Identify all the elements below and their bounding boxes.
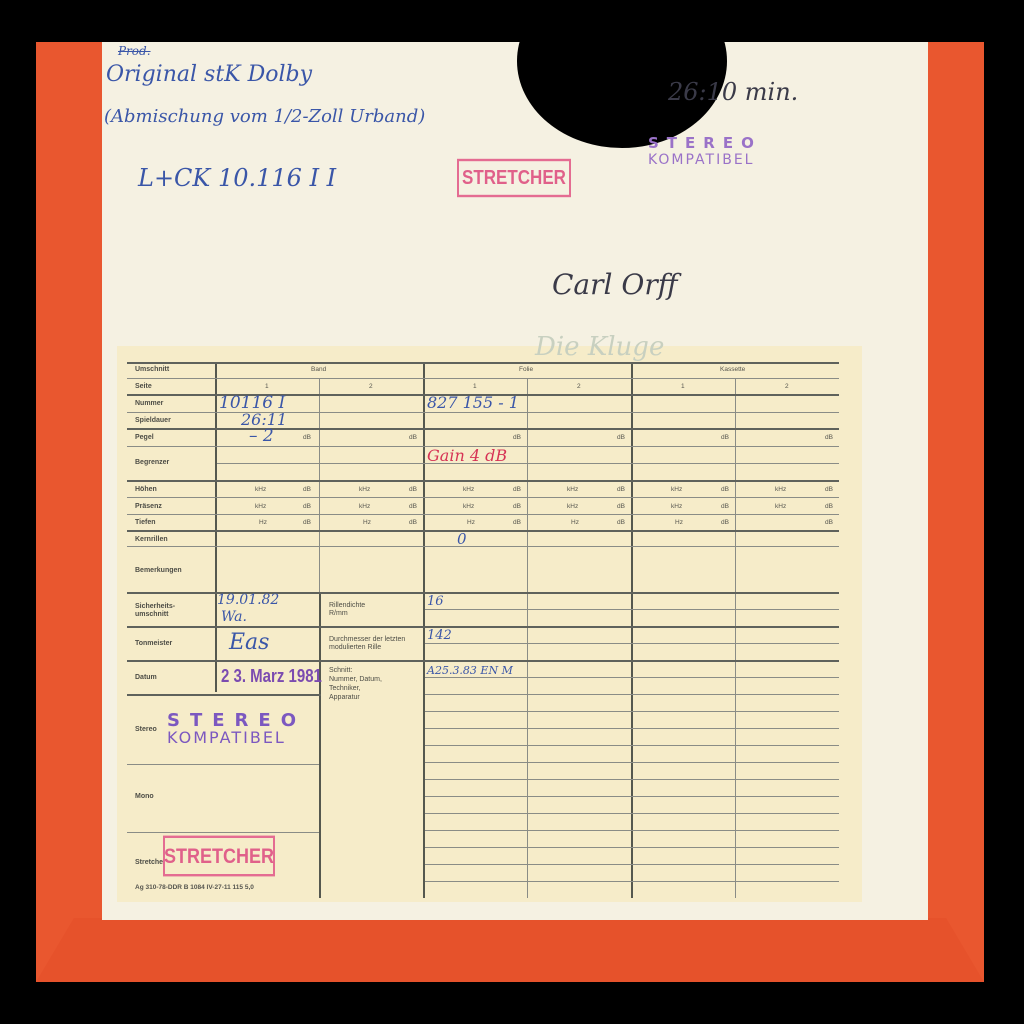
unit-db: dB (825, 434, 833, 441)
unit-db: dB (303, 434, 311, 441)
rule (127, 660, 839, 662)
unit-hz: Hz (363, 519, 371, 526)
rule (425, 830, 839, 831)
label-datum: Datum (135, 674, 157, 681)
unit-khz: kHz (463, 486, 474, 493)
label-umschnitt: Umschnitt (135, 366, 169, 373)
unit-db: dB (721, 486, 729, 493)
rule (425, 728, 839, 729)
unit-khz: kHz (255, 486, 266, 493)
folie-side-2: 2 (577, 383, 581, 390)
folie-kernrillen-value: 0 (457, 530, 467, 548)
band-side-1: 1 (265, 383, 269, 390)
unit-khz: kHz (567, 503, 578, 510)
unit-hz: Hz (675, 519, 683, 526)
stretcher-stamp-top: STRETCHER (457, 159, 571, 197)
unit-khz: kHz (463, 503, 474, 510)
folie-begrenzer-value: Gain 4 dB (427, 446, 507, 465)
label-seite: Seite (135, 383, 152, 390)
unit-db: dB (303, 486, 311, 493)
rule (425, 881, 839, 882)
rule (127, 497, 839, 498)
note-abmischung: (Abmischung vom 1/2-Zoll Urband) (104, 106, 425, 127)
unit-db: dB (617, 486, 625, 493)
thumb-cutout (517, 0, 727, 148)
label-spieldauer: Spieldauer (135, 417, 171, 424)
divider (319, 592, 321, 898)
rillendichte-value: 16 (427, 594, 444, 609)
unit-db: dB (303, 519, 311, 526)
unit-db: dB (513, 434, 521, 441)
label-pegel: Pegel (135, 434, 154, 441)
label-kernrillen: Kernrillen (135, 536, 168, 543)
rule (425, 864, 839, 865)
label-rillendichte: Rillendichte R/mm (329, 602, 365, 618)
unit-db: dB (303, 503, 311, 510)
label-tonmeister: Tonmeister (135, 640, 172, 647)
rule (425, 796, 839, 797)
label-sicherheit: Sicherheits- umschnitt (135, 603, 175, 619)
unit-db: dB (409, 519, 417, 526)
durchmesser-value: 142 (427, 628, 452, 643)
label-kassette: Kassette (720, 366, 745, 373)
stretcher-stamp-card: STRETCHER (163, 836, 275, 877)
rule (127, 764, 319, 765)
unit-db: dB (513, 486, 521, 493)
sicherheit-date-value: 19.01.82 (217, 592, 279, 608)
stereo-stamp-top: STEREO KOMPATIBEL (648, 136, 762, 167)
rule (127, 428, 839, 430)
datum-stamp: 2 3. Marz 1981 (221, 666, 322, 686)
tape-box-bottom-flap (36, 918, 984, 982)
label-begrenzer: Begrenzer (135, 459, 169, 466)
stereo-stamp-card: STEREO KOMPATIBEL (167, 712, 306, 746)
rule (127, 378, 839, 379)
recording-card: Die Kluge Umschnitt Band Folie Kassette … (117, 346, 862, 902)
label-stereo: Stereo (135, 726, 157, 733)
unit-db: dB (409, 486, 417, 493)
rule (425, 694, 839, 695)
kassette-side-2: 2 (785, 383, 789, 390)
unit-khz: kHz (359, 486, 370, 493)
unit-khz: kHz (359, 503, 370, 510)
kompatibel-text: KOMPATIBEL (167, 730, 306, 746)
label-bemerkungen: Bemerkungen (135, 567, 182, 574)
note-catalog: L+CK 10.116 I I (138, 164, 336, 192)
kompatibel-text: KOMPATIBEL (648, 153, 762, 167)
unit-db: dB (721, 503, 729, 510)
unit-db: dB (617, 434, 625, 441)
struck-note: Prod. (118, 44, 151, 58)
unit-db: dB (513, 503, 521, 510)
rule (425, 813, 839, 814)
folie-nummer-value: 827 155 - 1 (427, 393, 519, 412)
faint-title: Die Kluge (535, 332, 664, 362)
rule (425, 745, 839, 746)
label-folie: Folie (519, 366, 533, 373)
label-band: Band (311, 366, 326, 373)
sicherheit-signature: Wa. (221, 609, 247, 625)
form-number: Ag 310-78-DDR B 1084 IV-27-11 115 5,0 (135, 884, 254, 891)
schnitt-value: A25.3.83 EN M (427, 664, 513, 677)
rule (127, 626, 323, 628)
unit-db: dB (617, 503, 625, 510)
unit-db: dB (825, 486, 833, 493)
label-stretcher: Stretcher (135, 859, 166, 866)
stereo-text: STEREO (648, 136, 762, 151)
divider (735, 378, 736, 898)
unit-khz: kHz (775, 503, 786, 510)
unit-db: dB (721, 519, 729, 526)
rule (425, 711, 839, 712)
band-side-2: 2 (369, 383, 373, 390)
kassette-side-1: 1 (681, 383, 685, 390)
note-original: Original stK Dolby (106, 62, 312, 87)
rule (127, 362, 839, 364)
divider (423, 362, 425, 898)
divider (319, 378, 320, 592)
divider (527, 378, 528, 898)
band-pegel-value: – 2 (249, 426, 274, 446)
unit-khz: kHz (671, 503, 682, 510)
unit-hz: Hz (467, 519, 475, 526)
rule (217, 463, 839, 464)
unit-hz: Hz (259, 519, 267, 526)
unit-khz: kHz (255, 503, 266, 510)
unit-khz: kHz (671, 486, 682, 493)
rule (127, 514, 839, 515)
divider (631, 362, 633, 898)
rule (127, 694, 321, 696)
unit-db: dB (825, 519, 833, 526)
rule (127, 480, 839, 482)
rule (425, 779, 839, 780)
label-nummer: Nummer (135, 400, 163, 407)
folie-side-1: 1 (473, 383, 477, 390)
unit-db: dB (617, 519, 625, 526)
rule (127, 832, 319, 833)
rule (127, 530, 839, 532)
rule (321, 626, 839, 628)
rule (425, 643, 839, 644)
note-duration: 26:10 min. (668, 78, 798, 106)
label-schnitt: Schnitt: Nummer, Datum, Techniker, Appar… (329, 666, 382, 702)
rule (425, 762, 839, 763)
note-composer: Carl Orff (552, 268, 678, 301)
unit-khz: kHz (775, 486, 786, 493)
label-durchmesser: Durchmesser der letzten modulierten Rill… (329, 636, 405, 652)
label-tiefen: Tiefen (135, 519, 156, 526)
unit-db: dB (721, 434, 729, 441)
rule (425, 847, 839, 848)
rule (127, 546, 839, 547)
unit-db: dB (409, 434, 417, 441)
unit-db: dB (513, 519, 521, 526)
unit-db: dB (409, 503, 417, 510)
tonmeister-signature: Eas (229, 630, 269, 655)
label-mono: Mono (135, 793, 154, 800)
unit-khz: kHz (567, 486, 578, 493)
unit-db: dB (825, 503, 833, 510)
rule (425, 609, 839, 610)
rule (425, 677, 839, 678)
label-hoehen: Höhen (135, 486, 157, 493)
label-praesenz: Präsenz (135, 503, 162, 510)
unit-hz: Hz (571, 519, 579, 526)
